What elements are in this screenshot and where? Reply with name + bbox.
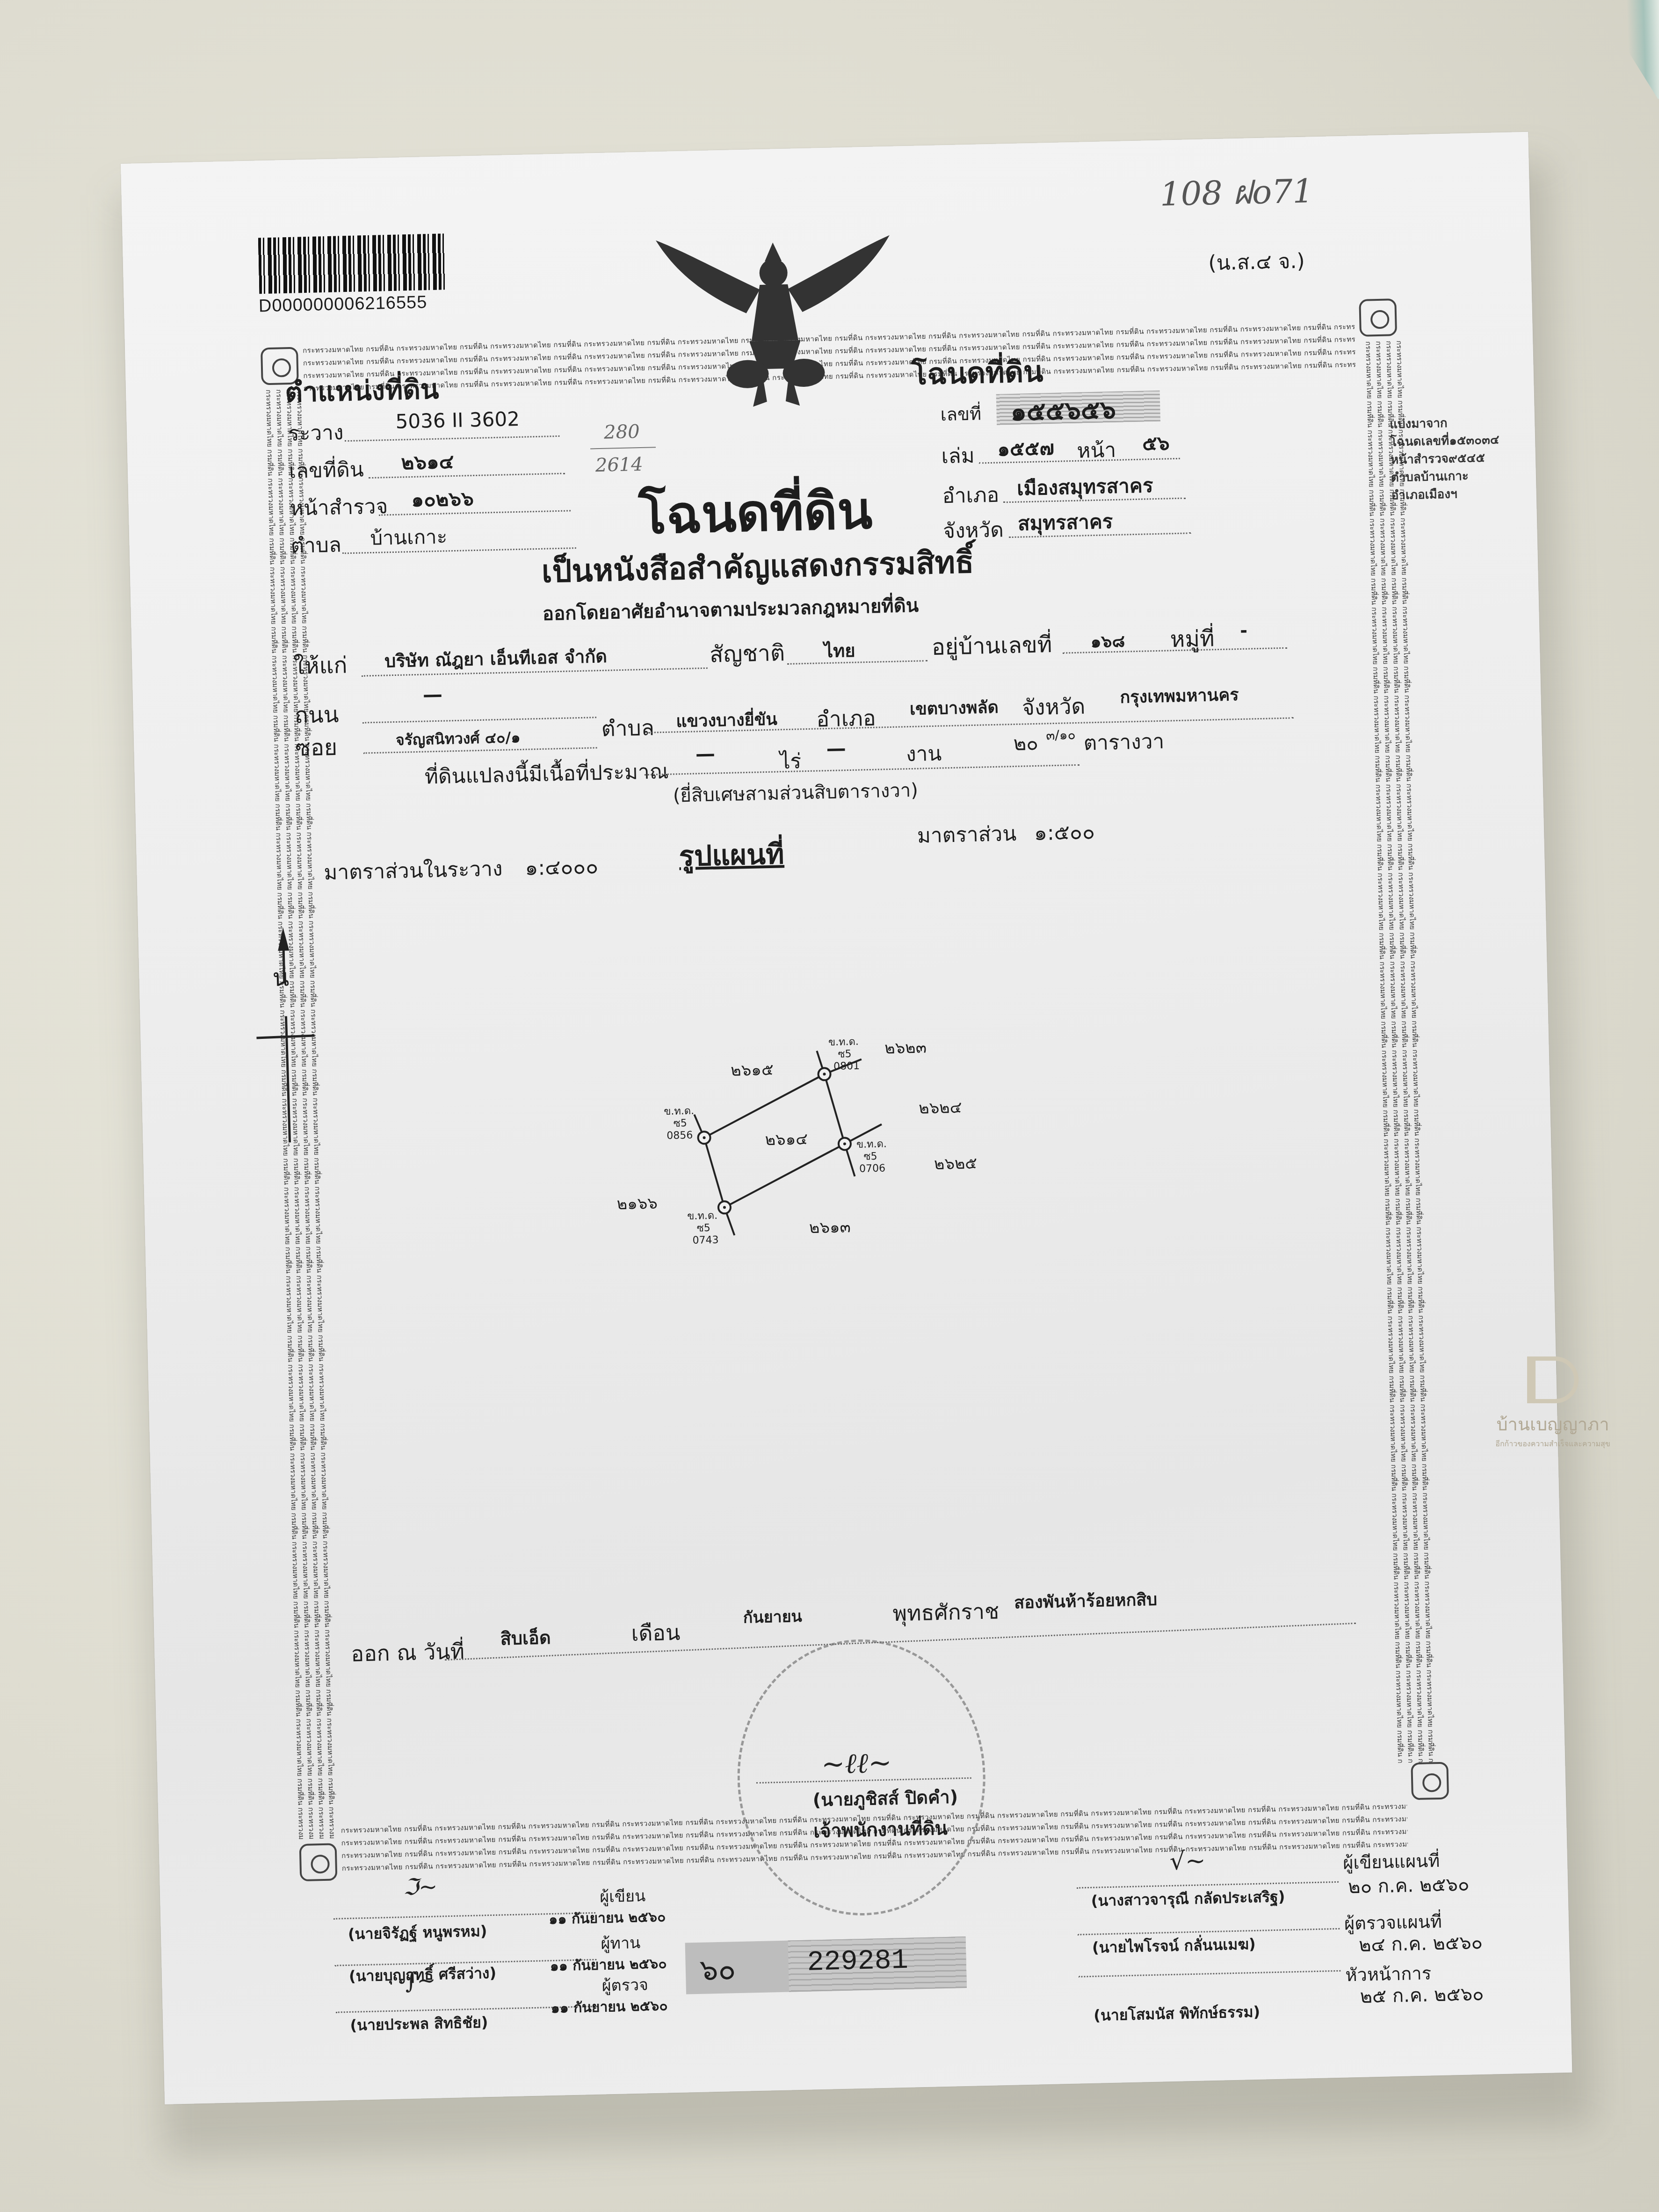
signatory-date: ๑๑ กันยายน ๒๕๖๐ <box>551 1994 668 2019</box>
moo-value: - <box>1240 620 1248 641</box>
province-label: จังหวัด <box>1021 689 1086 725</box>
month-value: กันยายน <box>743 1603 802 1630</box>
signatory-date: ๒๕ ก.ค. ๒๕๖๐ <box>1360 1979 1484 2011</box>
handwritten-number: 108 ฝo71 <box>1159 165 1314 220</box>
rai-label: ไร่ <box>780 745 802 778</box>
dotted-line <box>345 435 560 442</box>
road-label: ถนน <box>294 697 339 733</box>
marker-series: ซ5 <box>697 1222 711 1235</box>
signatory-role: ผู้ตรวจ <box>601 1972 648 1998</box>
amphoe-value: เขตบางพลัด <box>909 694 999 722</box>
amphoe-label: อำเภอ <box>942 479 1000 513</box>
officer-signature: ~ℓℓ~ <box>821 1746 892 1780</box>
stamp-line: โฉนดเลขที่๑๕๓๐๓๔ <box>1390 431 1500 451</box>
area-text-note: (ยี่สิบเศษสามส่วนสิบตารางวา) <box>673 775 918 811</box>
signature: √~ <box>1169 1847 1206 1876</box>
watermark-name: บ้านเบญญาภา <box>1476 1410 1630 1438</box>
b-letter-logo-icon <box>1527 1356 1579 1403</box>
glass-edge <box>1594 0 1659 99</box>
ornament-icon <box>1359 298 1397 337</box>
signatory-right: (นายโสมนัส พิทักษ์ธรรม) หัวหน้าการ ๒๕ ก.… <box>1079 1952 1501 2023</box>
year-value: สองพันห้าร้อยหกสิบ <box>1014 1586 1158 1616</box>
grant-label: ให้แก่ <box>293 647 348 684</box>
signatory-name: (นางสาวจารุณี กลัดประเสริฐ) <box>1091 1885 1285 1913</box>
marker-code: ข.ท.ด. <box>828 1036 859 1049</box>
sheet-scale-label: มาตราส่วนในระวาง <box>324 852 503 889</box>
field-value: ๑๐๒๖๖ <box>411 483 474 515</box>
marker-series: ซ5 <box>863 1151 877 1163</box>
land-title-deed: 108 ฝo71 D000000006216555 (น.ส.๔ จ.) กระ… <box>121 132 1572 2104</box>
tambon-label: ตำบล <box>601 711 655 746</box>
neighbor-parcel: ๒๖๒๔ <box>919 1095 962 1121</box>
barcode-icon <box>258 233 447 294</box>
north-label: น <box>272 957 290 997</box>
field-value: 5036 II 3602 <box>395 407 520 433</box>
deed-number-value: ๑๕๕๖๕๖ <box>1010 389 1116 432</box>
amphoe-label: อำเภอ <box>816 701 877 737</box>
ornament-icon <box>1411 1762 1449 1800</box>
dotted-line <box>379 510 571 515</box>
watermark-tagline: อีกก้าวของความสำเร็จและความสุข <box>1476 1438 1630 1450</box>
house-no-label: อยู่บ้านเลขที่ <box>931 627 1052 665</box>
marker-code: ข.ท.ด. <box>687 1210 717 1223</box>
stamp-line: แบ่งมาจาก <box>1390 414 1448 434</box>
deed-heading: โฉนดที่ดิน <box>911 348 1044 397</box>
rai-value: — <box>695 742 715 765</box>
scale-value: ๑:๕๐๐ <box>1034 815 1095 849</box>
ngan-label: งาน <box>906 737 942 771</box>
ngan-value: — <box>826 737 846 760</box>
year-label: พุทธศักราช <box>892 1594 1000 1631</box>
handwritten-fraction-bottom: 2614 <box>595 454 643 476</box>
field-label: เลขที่ดิน <box>289 453 364 487</box>
dotted-line <box>787 660 927 665</box>
subdivision-stamp: แบ่งมาจาก โฉนดเลขที่๑๕๓๐๓๔ หน้าสำรวจ๙๕๔๕… <box>1390 413 1532 519</box>
dotted-line <box>645 764 1079 776</box>
stamp-line: อำเภอเมืองฯ <box>1391 485 1457 504</box>
marker-series: ซ5 <box>674 1117 688 1130</box>
serial-number: 229281 <box>807 1945 909 1979</box>
soi-value: จรัญสนิทวงศ์ ๔๐/๑ <box>396 725 521 752</box>
signature: ∫~ <box>405 1967 436 1994</box>
ornament-icon <box>299 1843 338 1881</box>
neighbor-parcel: ๒๖๒๓ <box>884 1034 927 1060</box>
dotted-line <box>362 717 596 723</box>
map-title: รูปแผนที่ <box>679 832 785 878</box>
marker-number: 0706 <box>859 1162 886 1175</box>
road-value: — <box>422 683 442 706</box>
watermark: บ้านเบญญาภา อีกก้าวของความสำเร็จและความส… <box>1476 1356 1630 1450</box>
parcel-map: ๒๖๑๔ ๒๖๑๕ ๒๖๒๓ ๒๖๒๔ ๒๖๒๕ ๒๖๑๓ ๒๑๖๖ ข.ท.ด… <box>561 1020 1174 1276</box>
marker-number: 0801 <box>833 1060 860 1073</box>
document-subtitle: เป็นหนังสือสำคัญแสดงกรรมสิทธิ์ <box>541 537 975 596</box>
handwritten-fraction-top: 280 <box>604 421 640 443</box>
dotted-line <box>1079 1970 1340 1978</box>
sheet-scale-value: ๑:๔๐๐๐ <box>525 850 599 885</box>
field-value: ๒๖๑๔ <box>401 446 454 479</box>
province-label: จังหวัด <box>942 513 1004 547</box>
marker-code: ข.ท.ด. <box>664 1105 694 1118</box>
signature: ℑ~ <box>403 1874 438 1901</box>
parcel-center-label: ๒๖๑๔ <box>765 1126 808 1152</box>
security-band-right: กระทรวงมหาดไทย กรมที่ดิน กระทรวงมหาดไทย … <box>1362 341 1436 1763</box>
neighbor-parcel: ๒๖๑๓ <box>809 1214 851 1240</box>
nationality-value: ไทย <box>824 636 855 665</box>
document-authority: ออกโดยอาศัยอำนาจตามประมวลกฎหมายที่ดิน <box>542 590 919 629</box>
stamp-line: ตำบลบ้านเกาะ <box>1391 467 1469 487</box>
barcode-text: D000000006216555 <box>259 292 427 316</box>
boundary-marker-label: ข.ท.ด. ซ5 0856 <box>664 1104 721 1148</box>
book-label: เล่ม <box>941 439 975 473</box>
book-value: ๑๕๕๗ <box>997 433 1055 465</box>
area-label: ที่ดินแปลงนี้มีเนื้อที่ประมาณ <box>424 755 669 793</box>
stamp-line: หน้าสำรวจ๙๕๔๕ <box>1391 449 1485 469</box>
field-sheet: ระวาง 5036 II 3602 <box>288 405 616 445</box>
deed-number-label: เลขที่ <box>940 399 982 428</box>
marker-number: 0743 <box>692 1234 719 1247</box>
boundary-marker-label: ข.ท.ด. ซ5 0801 <box>828 1035 885 1079</box>
fraction-bar <box>590 447 656 449</box>
wa-fraction: ๓/๑๐ <box>1046 725 1076 746</box>
signatory-date: ๒๐ ก.ค. ๒๕๖๐ <box>1348 1869 1470 1902</box>
signatory-role: ผู้ทาน <box>601 1930 641 1956</box>
soi-label: ซอย <box>295 730 338 766</box>
neighbor-parcel: ๒๖๒๕ <box>934 1150 977 1176</box>
neighbor-parcel: ๒๑๖๖ <box>616 1190 658 1217</box>
issued-day: สิบเอ็ด <box>500 1623 551 1653</box>
field-label: ตำบล <box>290 529 342 562</box>
field-label: ระวาง <box>288 416 344 450</box>
signatory-left: ∫~ (นายประพล สิทธิชัย) ผู้ตรวจ ๑๑ กันยาย… <box>335 1984 710 2039</box>
officer-title: เจ้าพนักงานที่ดิน <box>813 1813 948 1846</box>
issued-label: ออก ณ วันที่ <box>351 1634 465 1671</box>
officer-name: (นายภูชิสส์ ปิดคำ) <box>812 1782 958 1814</box>
signatory-role: ผู้เขียน <box>600 1883 646 1909</box>
land-position-heading: ตำแหน่งที่ดิน <box>284 367 439 414</box>
north-arrow-icon <box>250 922 321 1148</box>
field-label: หน้าสำรวจ <box>290 490 388 525</box>
scale-label: มาตราส่วน <box>917 817 1017 852</box>
signatory-name: (นายไพโรจน์ กลั่นนเมฆ) <box>1092 1932 1256 1960</box>
signatory-date: ๑๑ กันยายน ๒๕๖๐ <box>549 1906 666 1931</box>
month-label: เดือน <box>631 1616 681 1651</box>
moo-label: หมู่ที่ <box>1170 621 1215 657</box>
signatory-left: ℑ~ (นายจิรัฏฐ์ หนูพรหม) ผู้เขียน ๑๑ กันย… <box>333 1895 709 1951</box>
field-survey-page: หน้าสำรวจ ๑๐๒๖๖ <box>290 480 617 520</box>
signatory-name: (นายประพล สิทธิชัย) <box>350 2010 488 2038</box>
boundary-marker-label: ข.ท.ด. ซ5 0706 <box>856 1138 913 1181</box>
marker-number: 0856 <box>666 1130 693 1142</box>
field-value: บ้านเกาะ <box>370 521 448 554</box>
page-value: ๕๖ <box>1142 428 1170 459</box>
garuda-emblem-icon <box>651 231 898 433</box>
signatory-name: (นายจิรัฏฐ์ หนูพรหม) <box>348 1919 487 1946</box>
wa-label: ตารางวา <box>1083 725 1165 760</box>
form-code: (น.ส.๔ จ.) <box>1208 245 1305 280</box>
signatory-name: (นายโสมนัส พิทักษ์ธรรม) <box>1094 2000 1261 2028</box>
nationality-label: สัญชาติ <box>709 635 785 673</box>
wa-value: ๒๐ <box>1013 728 1039 759</box>
marker-code: ข.ท.ด. <box>856 1138 887 1151</box>
page-label: หน้า <box>1077 434 1116 467</box>
province-value: กรุงเทพมหานคร <box>1120 681 1239 711</box>
neighbor-parcel: ๒๖๑๕ <box>731 1057 774 1083</box>
dotted-line <box>369 473 565 479</box>
marker-series: ซ5 <box>838 1048 852 1061</box>
boundary-marker-label: ข.ท.ด. ซ5 0743 <box>687 1209 744 1253</box>
field-parcel-no: เลขที่ดิน ๒๖๑๔ <box>289 442 616 483</box>
